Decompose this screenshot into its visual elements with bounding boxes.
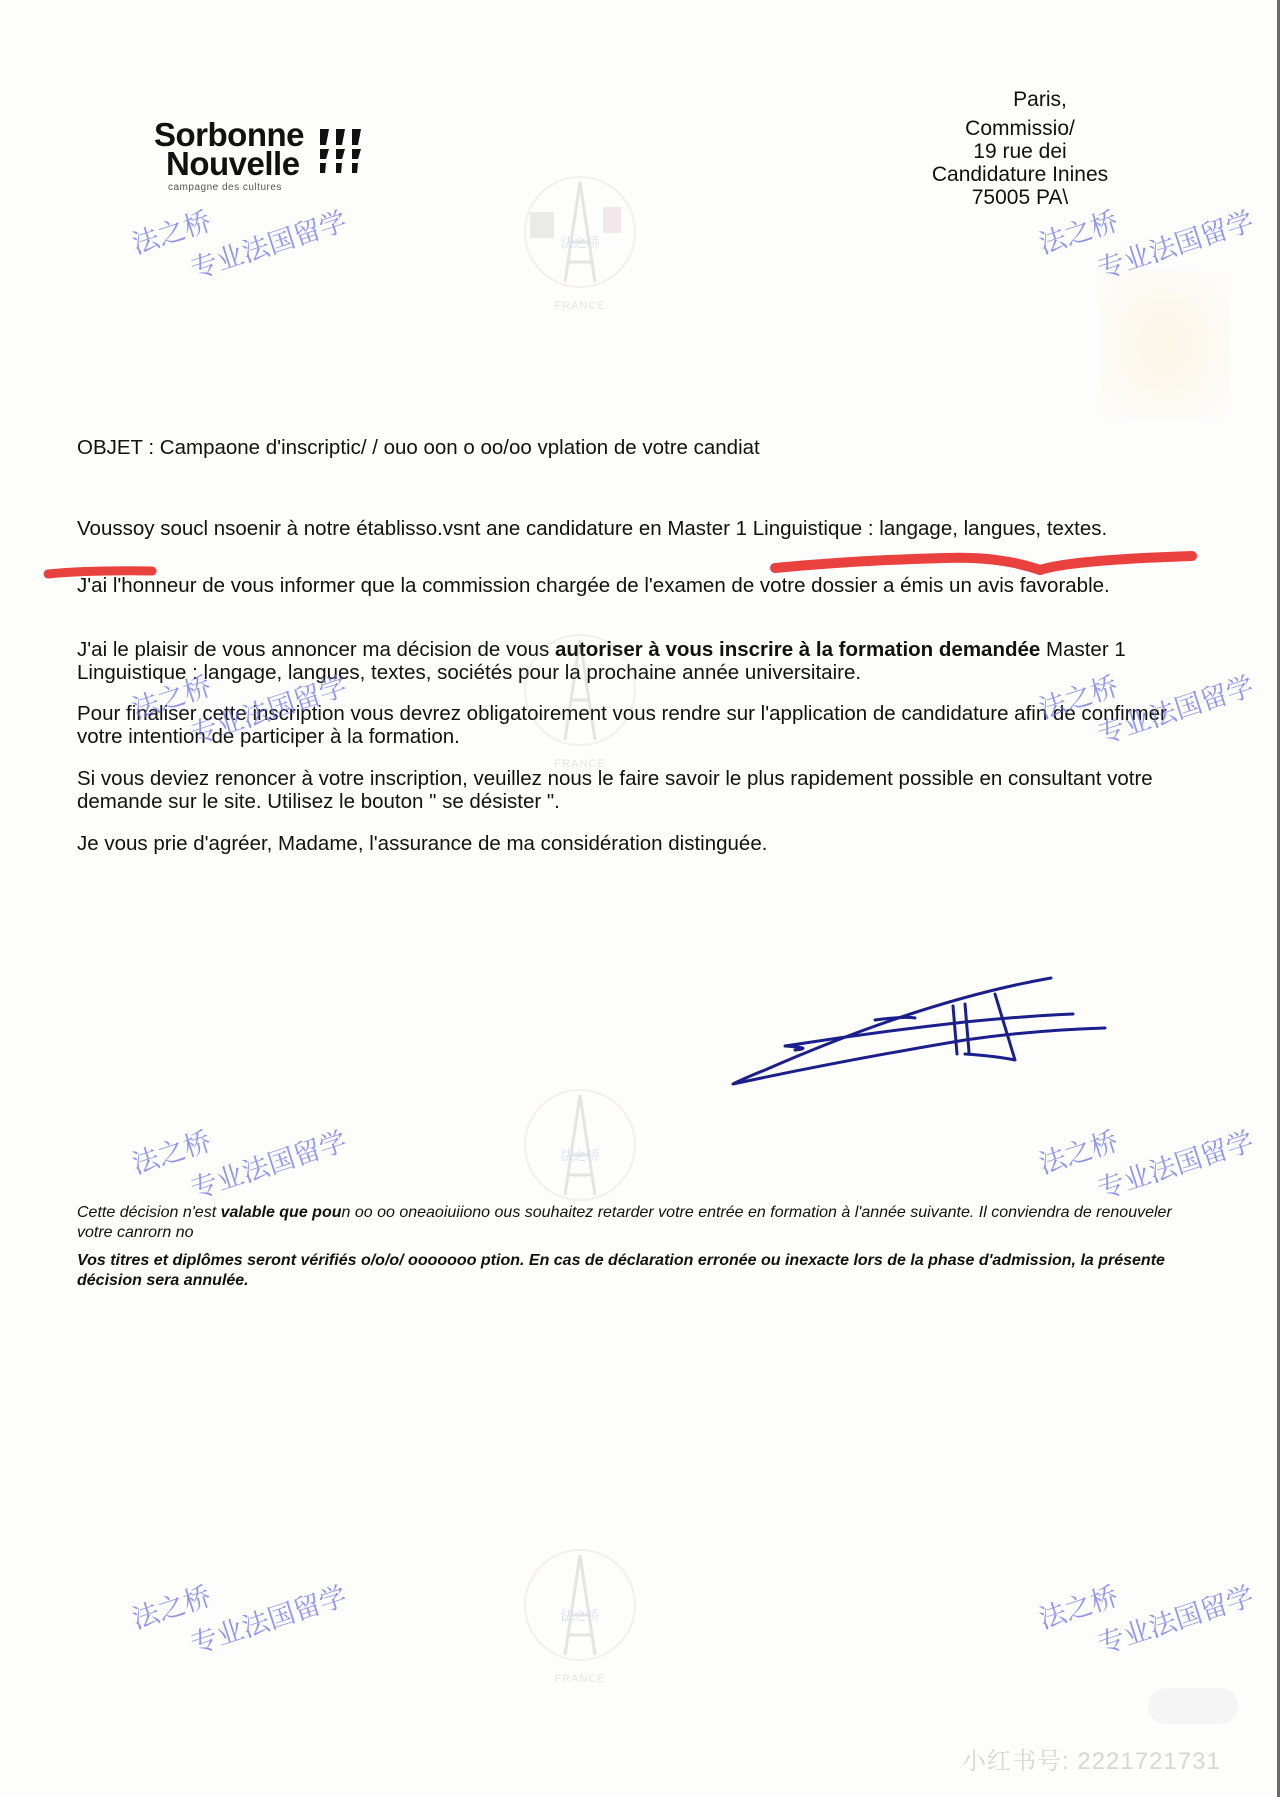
address-line: 75005 PA\	[900, 186, 1140, 209]
logo-tagline: campagne des cultures	[154, 182, 384, 193]
text-run: J'ai le plaisir de vous annoncer ma déci…	[77, 638, 555, 661]
footnote-text: Vos titres et diplômes seront vérifiés o…	[77, 1251, 1202, 1291]
recipient-address: Paris, Commissio/ 19 rue dei Candidature…	[900, 88, 1140, 209]
paragraph-text: Si vous deviez renoncer à votre inscript…	[77, 767, 1202, 813]
eiffel-tower-icon	[515, 172, 645, 292]
logo-bars-icon	[317, 125, 367, 177]
xiaohongshu-logo-icon	[1148, 1688, 1238, 1724]
emblem-label: 法之桥	[515, 232, 645, 251]
address-city: Paris,	[900, 88, 1140, 111]
paragraph-text: J'ai le plaisir de vous annoncer ma déci…	[77, 638, 1202, 684]
text-run: Cette décision n'est	[77, 1204, 221, 1221]
emblem-caption: FRANCE	[515, 1673, 645, 1685]
watermark-line: 法之桥	[1035, 1581, 1122, 1636]
watermark-fazhiqiao: 法之桥 专业法国留学	[128, 1540, 351, 1677]
watermark-fazhiqiao: 法之桥 专业法国留学	[1035, 1085, 1258, 1222]
fazhiqiao-emblem: 法之桥 FRANCE	[515, 172, 645, 312]
paragraph-decision: J'ai le plaisir de vous annoncer ma déci…	[77, 638, 1202, 684]
subject-text: OBJET : Campaone d'inscriptic/ / ouo oon…	[77, 436, 1202, 459]
footnote-validity: Cette décision n'est valable que poun oo…	[77, 1203, 1202, 1251]
watermark-line: 法之桥	[1035, 206, 1122, 261]
sorbonne-nouvelle-logo: Sorbonne Nouvelle campagne des cultures	[154, 120, 384, 193]
fazhiqiao-emblem: 法之桥 FRANCE	[515, 1545, 645, 1685]
watermark-line: 专业法国留学	[141, 205, 351, 302]
footnote-text: Cette décision n'est valable que poun oo…	[77, 1203, 1202, 1243]
watermark-line: 法之桥	[128, 1126, 215, 1181]
address-line: Commissio/	[900, 117, 1140, 140]
watermark-fazhiqiao: 法之桥 专业法国留学	[128, 1085, 351, 1222]
paragraph-text: Pour finaliser cette inscription vous de…	[77, 702, 1202, 748]
watermark-line: 法之桥	[1035, 1126, 1122, 1181]
eiffel-tower-icon	[515, 1085, 645, 1205]
footnote-verification: Vos titres et diplômes seront vérifiés o…	[77, 1251, 1202, 1299]
watermark-line: 专业法国留学	[1048, 1580, 1258, 1677]
bold-text-run: valable que pou	[221, 1204, 342, 1221]
eiffel-tower-icon	[515, 1545, 645, 1665]
watermark-fazhiqiao: 法之桥 专业法国留学	[1035, 1540, 1258, 1677]
watermark-line: 法之桥	[128, 206, 215, 261]
emblem-label: 法之桥	[515, 1145, 645, 1164]
emblem-caption: FRANCE	[515, 300, 645, 312]
letter-subject: OBJET : Campaone d'inscriptic/ / ouo oon…	[77, 436, 1202, 459]
paragraph-closing: Je vous prie d'agréer, Madame, l'assuran…	[77, 832, 1202, 855]
paragraph-text: J'ai l'honneur de vous informer que la c…	[77, 574, 1202, 597]
address-line: Candidature Inines	[900, 163, 1140, 186]
paragraph-renoncer: Si vous deviez renoncer à votre inscript…	[77, 767, 1202, 813]
address-line: 19 rue dei	[900, 140, 1140, 163]
paragraph-text: Voussoy soucl nsoenir à notre établisso.…	[77, 517, 1202, 540]
watermark-line: 法之桥	[128, 1581, 215, 1636]
watermark-line: 专业法国留学	[141, 1580, 351, 1677]
paragraph-avis: J'ai l'honneur de vous informer que la c…	[77, 574, 1202, 597]
paragraph-finaliser: Pour finaliser cette inscription vous de…	[77, 702, 1202, 748]
xiaohongshu-id: 小红书号: 2221721731	[962, 1741, 1221, 1776]
bold-text-run: autoriser à vous inscrire à la formation…	[555, 638, 1040, 661]
paragraph-intro: Voussoy soucl nsoenir à notre établisso.…	[77, 517, 1202, 540]
paragraph-text: Je vous prie d'agréer, Madame, l'assuran…	[77, 832, 1202, 855]
signature	[725, 970, 1125, 1100]
emblem-label: 法之桥	[515, 1605, 645, 1624]
paper-stain	[1100, 270, 1230, 420]
